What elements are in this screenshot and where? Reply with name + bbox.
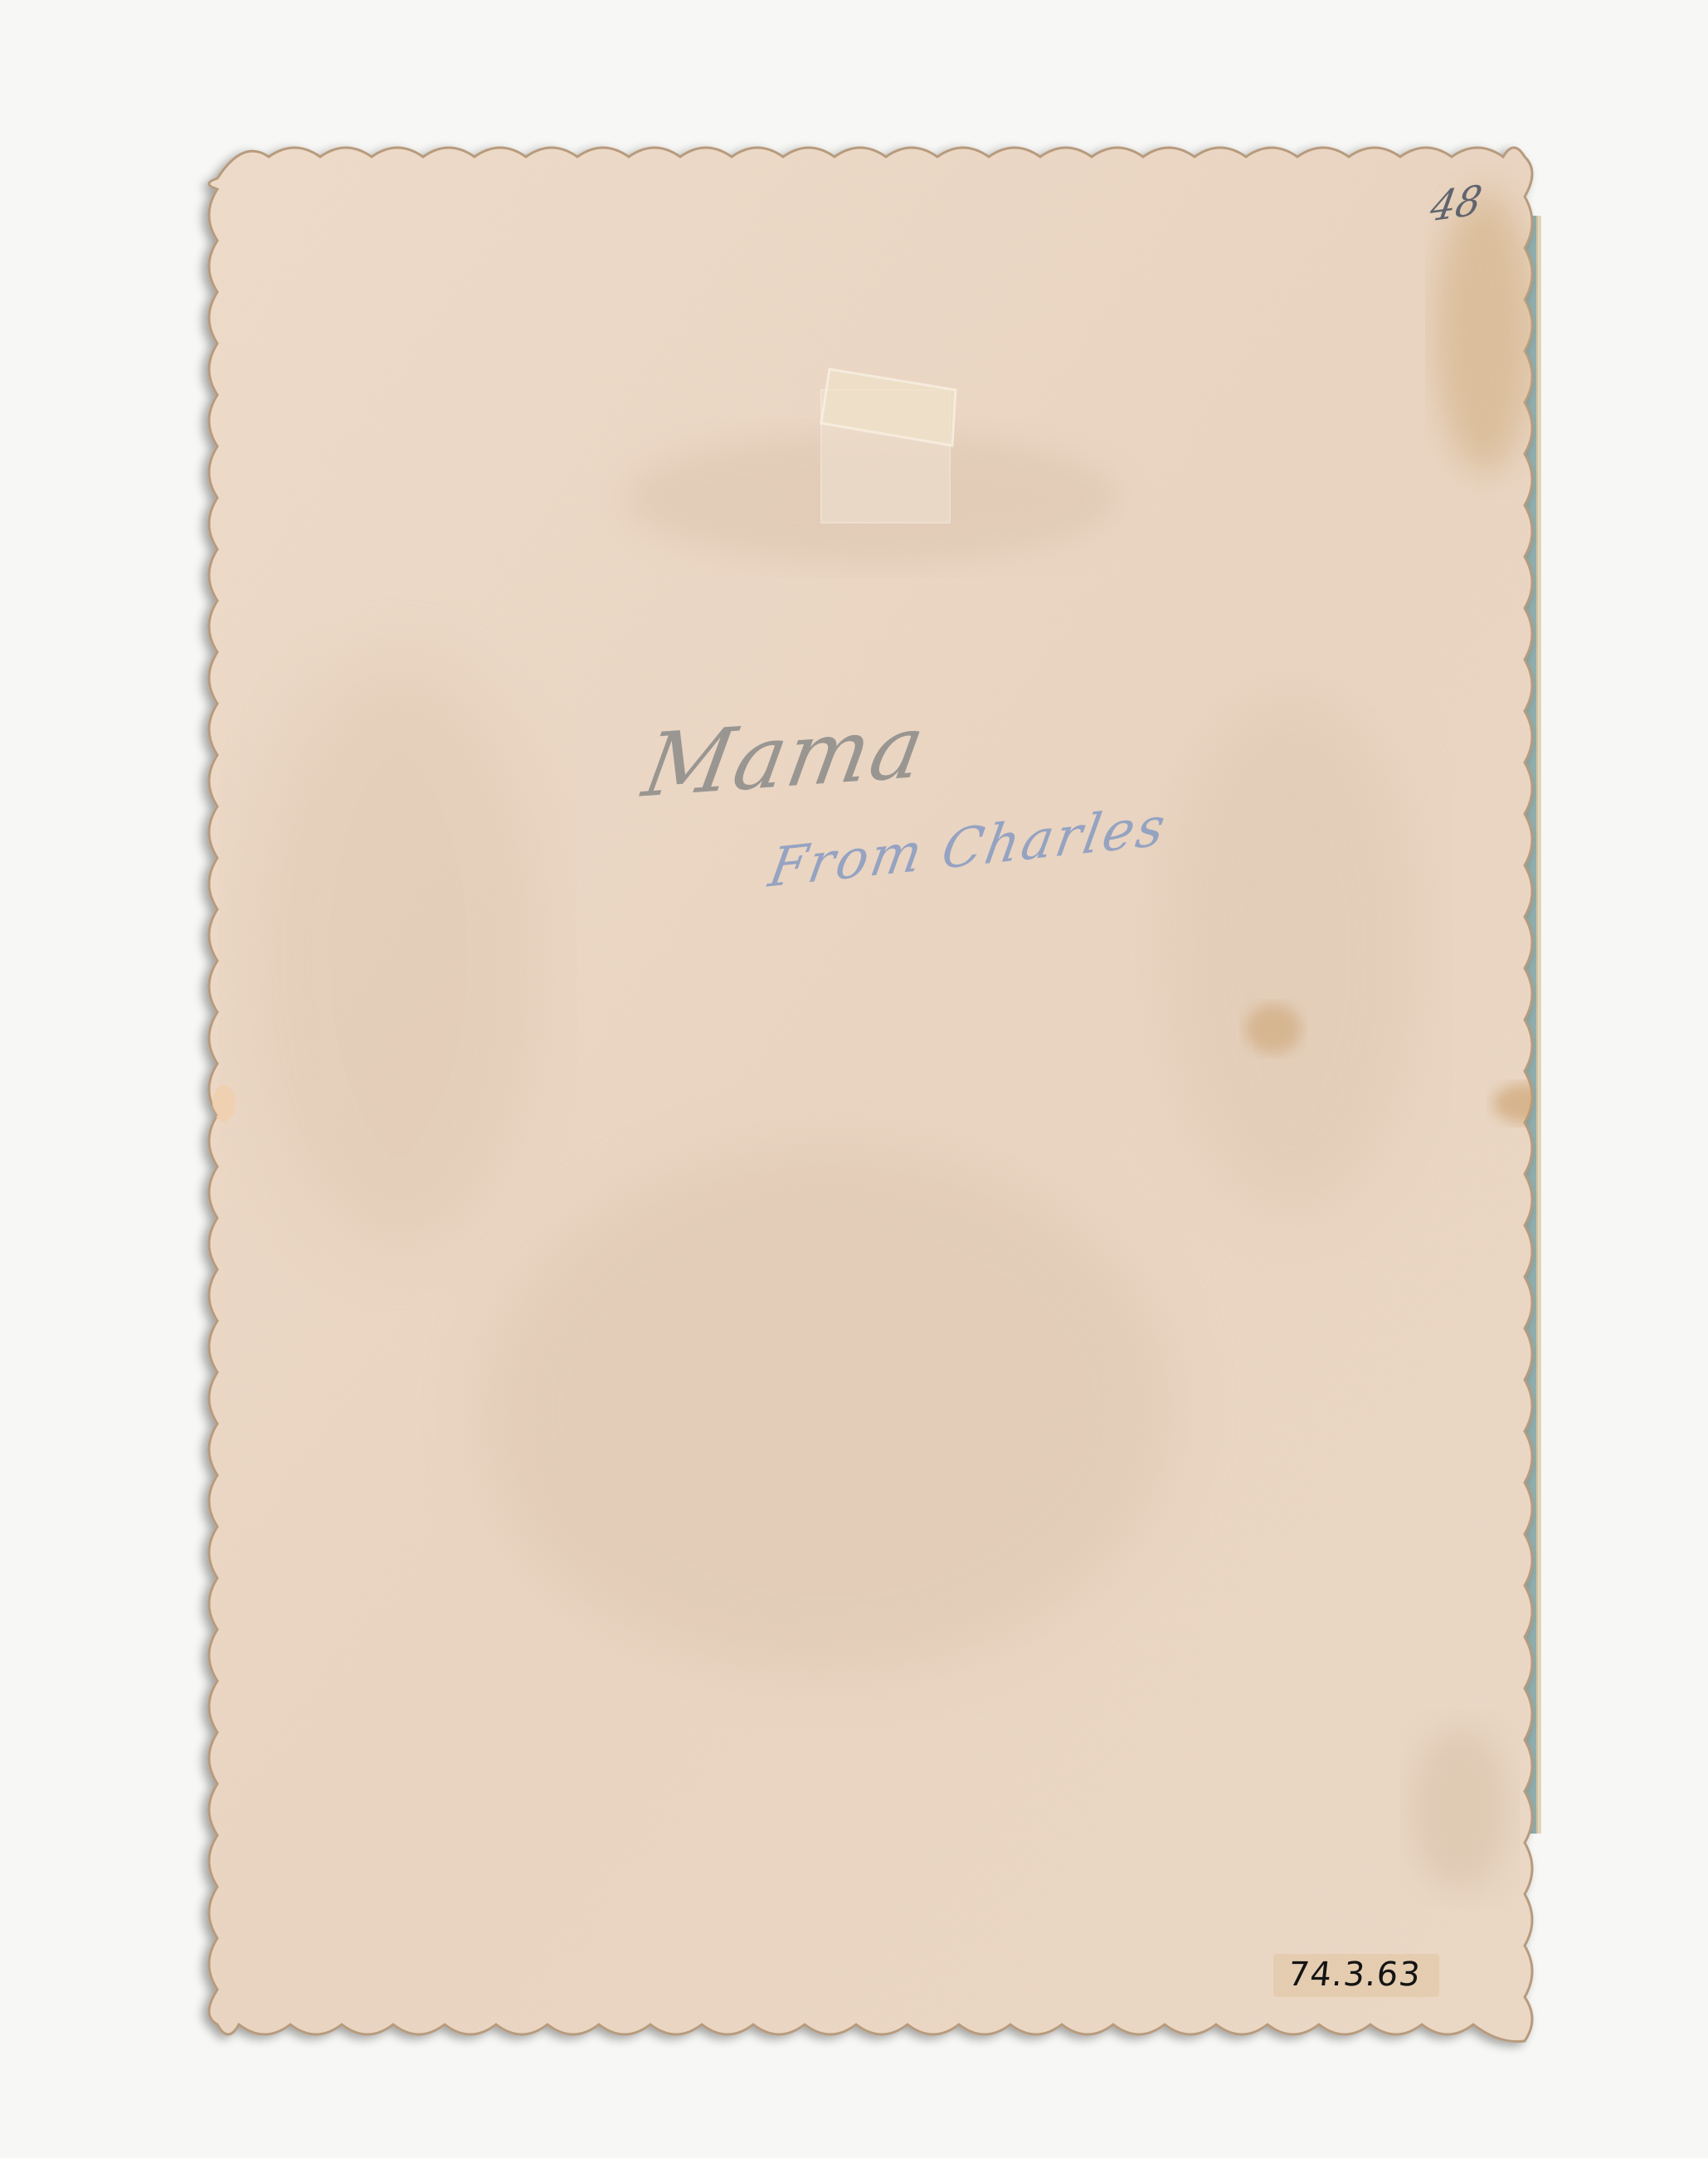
accession-number: 74.3.63: [1287, 1956, 1423, 1994]
adhesive-tape: [821, 369, 956, 523]
inscription-mama: Mama: [636, 695, 933, 817]
corner-pencil-number: 48: [1427, 177, 1486, 231]
card-scan: [0, 0, 1708, 2158]
